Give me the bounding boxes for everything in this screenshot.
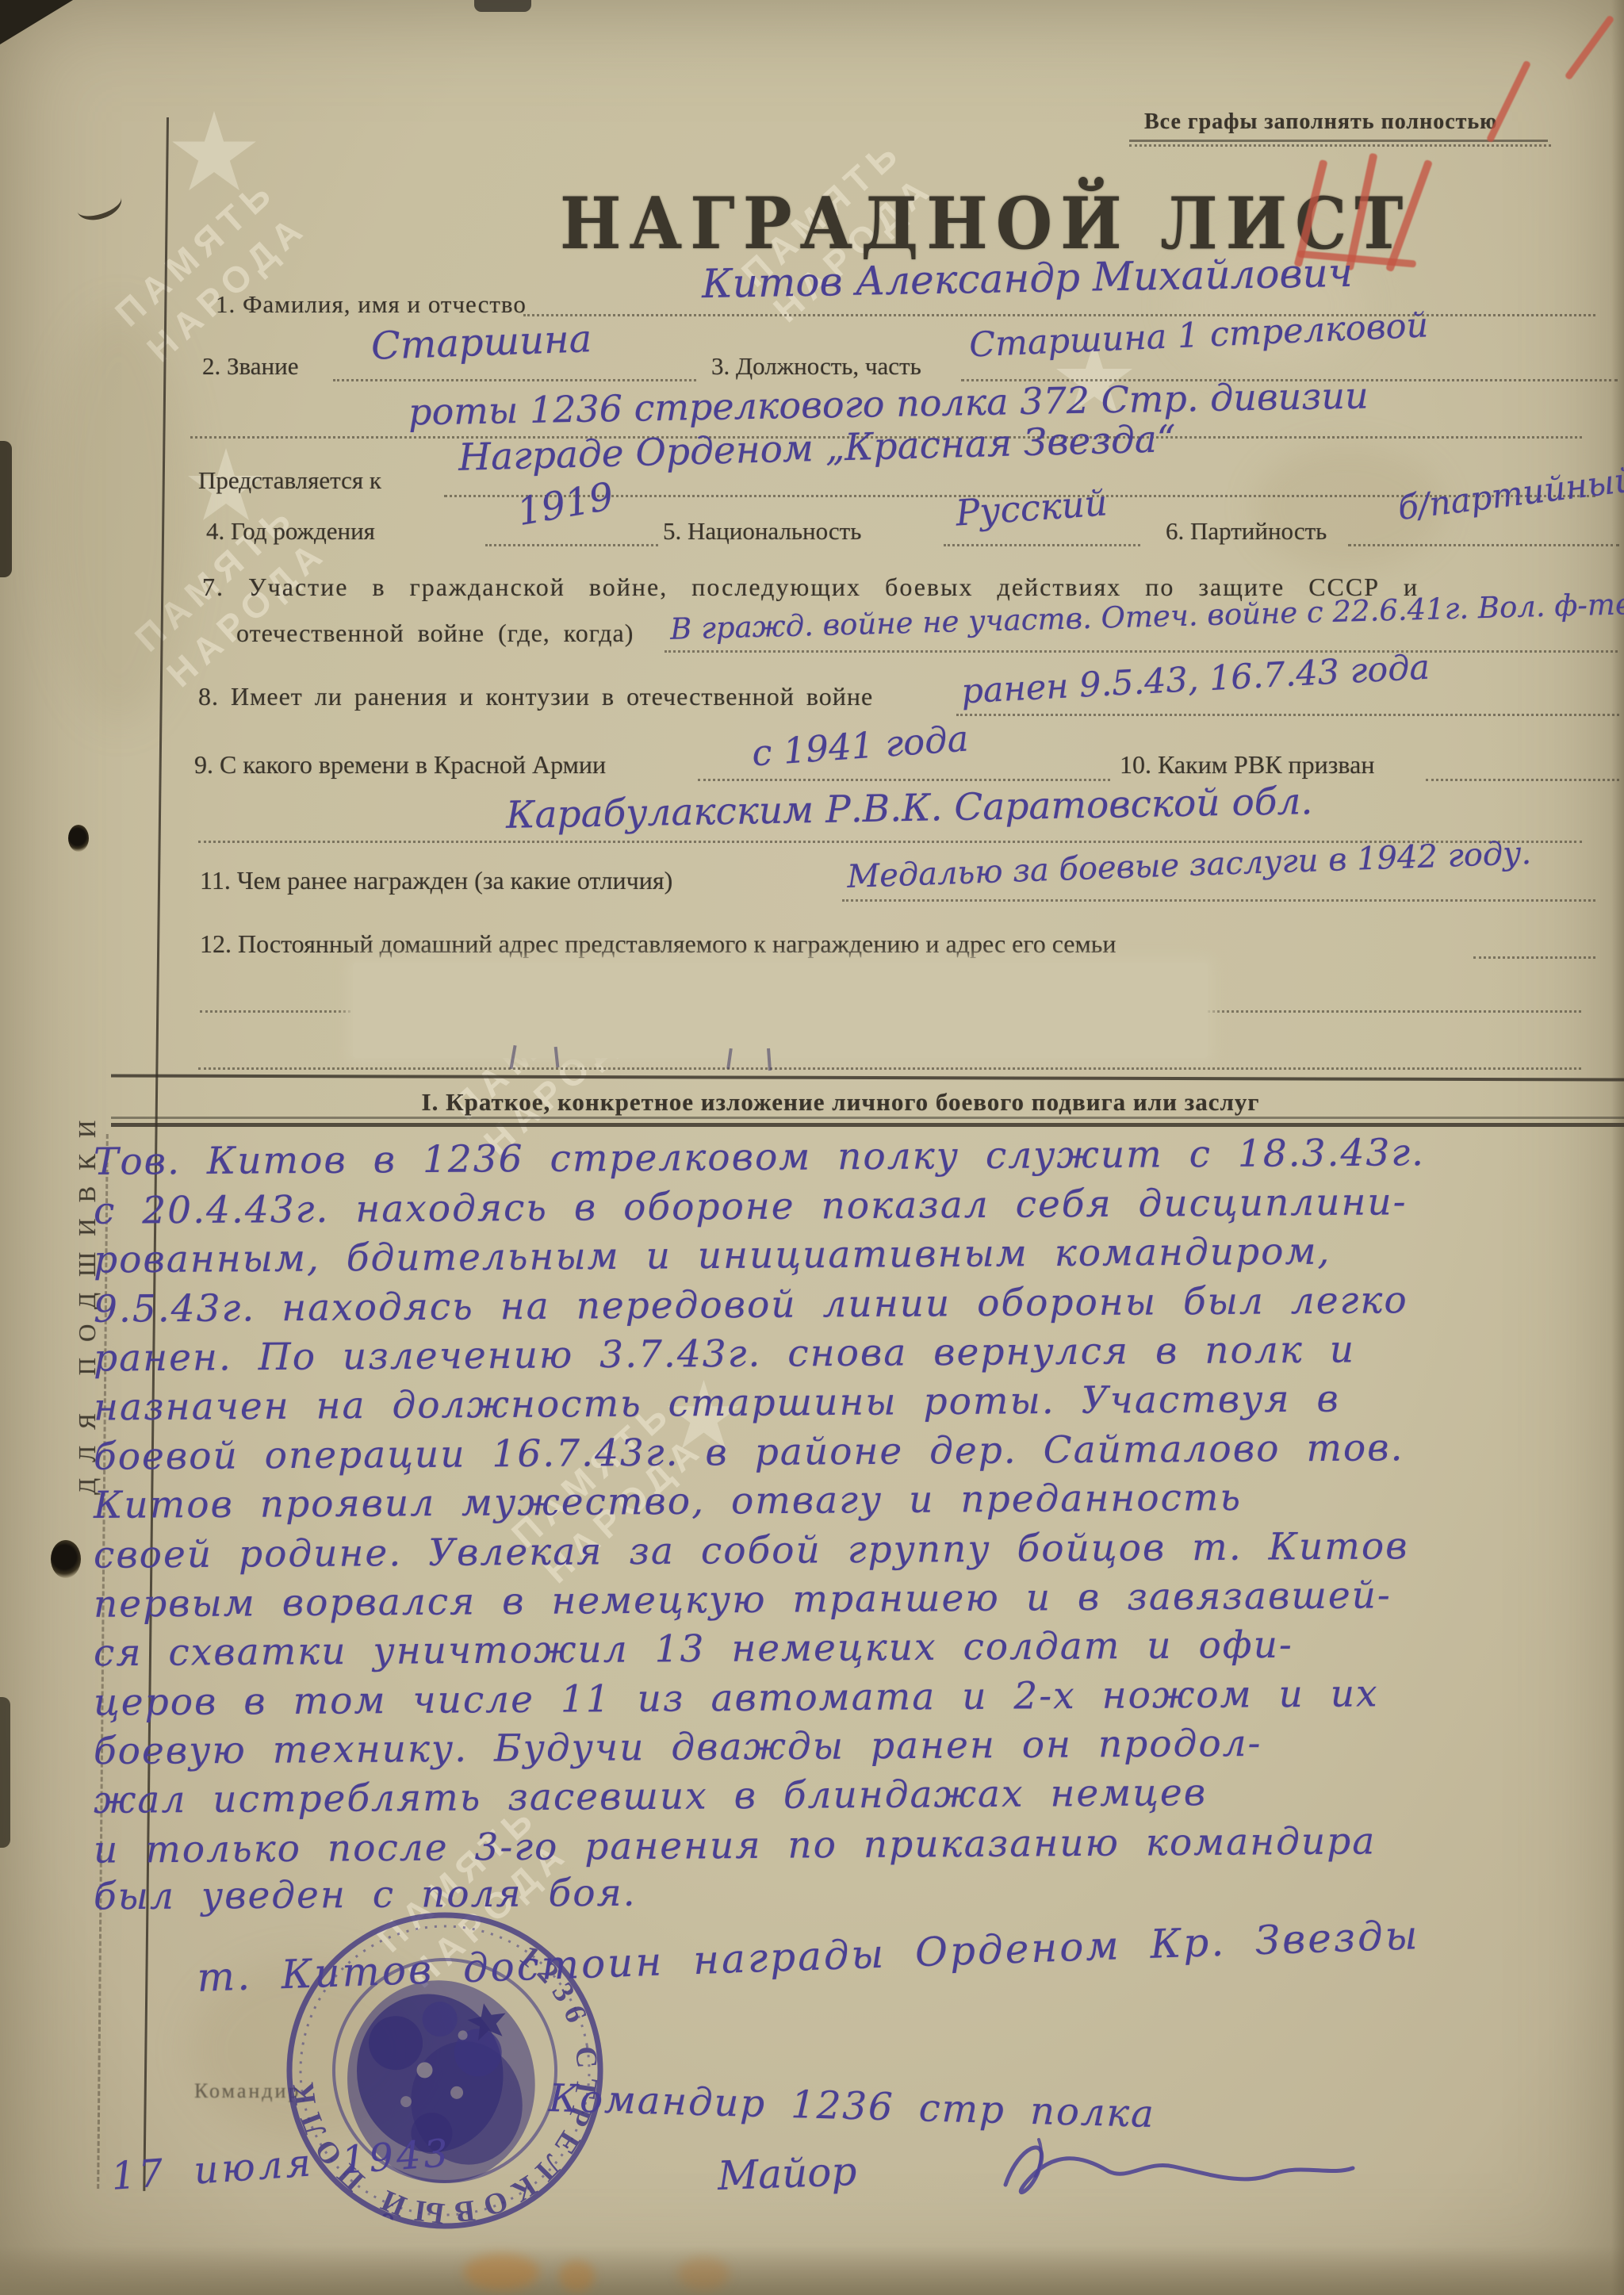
- rank-signature-label: Майор: [717, 2148, 857, 2199]
- commander-signature: [991, 2125, 1364, 2220]
- body-line: и только после 3-го ранения по приказани…: [94, 1819, 1377, 1872]
- body-line: назначен на должность старшины роты. Уча…: [94, 1377, 1340, 1430]
- body-line: Китов проявил мужество, отвагу и преданн…: [94, 1476, 1242, 1527]
- body-line: своей родине. Увлекая за собой группу бо…: [94, 1524, 1409, 1577]
- body-line: Тов. Китов в 1236 стрелковом полку служи…: [94, 1131, 1425, 1184]
- body-line: церов в том числе 11 из автомата и 2-х н…: [94, 1672, 1379, 1724]
- body-line: боевую технику. Будучи дважды ранен он п…: [94, 1722, 1262, 1773]
- body-line: первым ворвался в немецкую траншею и в з…: [94, 1573, 1392, 1626]
- body-line: ся схватки уничтожил 13 немецких солдат …: [94, 1623, 1293, 1676]
- body-line: 9.5.43г. находясь на передовой линии обо…: [94, 1278, 1408, 1331]
- body-line: рованным, бдительным и инициативным кома…: [94, 1230, 1331, 1282]
- body-line: боевой операции 16.7.43г. в районе дер. …: [94, 1426, 1404, 1479]
- regiment-stamp: 1236 СТРЕЛКОВЫЙ ПОЛК: [257, 1883, 634, 2259]
- award-sheet-scan: ПАМЯТЬ НАРОДА ПАМЯТЬ НАРОДА ПАМЯТЬ НАРОД…: [0, 0, 1624, 2295]
- body-line: ранен. По излечению 3.7.43г. снова верну…: [94, 1328, 1355, 1380]
- body-line: жал истреблять засевших в блиндажах немц…: [94, 1771, 1207, 1822]
- body-line: с 20.4.43г. находясь в обороне показал с…: [94, 1180, 1408, 1233]
